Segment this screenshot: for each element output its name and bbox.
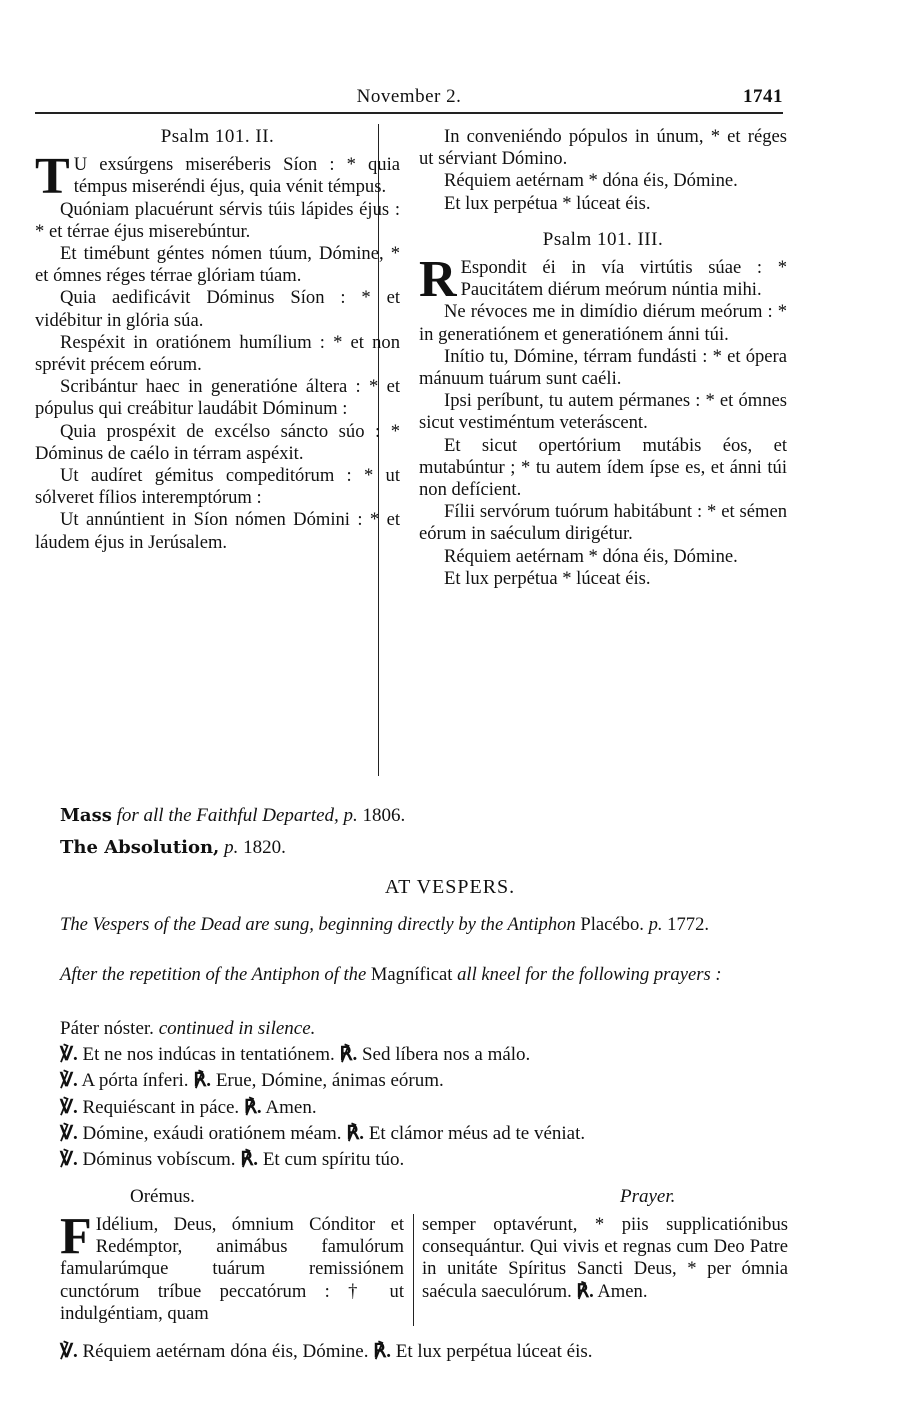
cross-references: Mass for all the Faithful Departed, p. 1…: [60, 800, 405, 864]
verse: Et lux perpétua * lúceat éis.: [419, 568, 787, 590]
verse: Quóniam placuérunt sérvis túis lápides é…: [35, 199, 400, 243]
verse: Fílii servórum tuórum habitábunt : * et …: [419, 501, 787, 545]
verse: REspondit éi in vía virtútis súae : * Pa…: [419, 257, 787, 301]
versicle-response: ℣. Requiéscant in páce. ℟. Amen.: [60, 1095, 585, 1121]
header-title: November 2.: [35, 86, 783, 108]
final-versicle: ℣. Réquiem aetérnam dóna éis, Dómine. ℟.…: [60, 1340, 593, 1363]
psalm-title: Psalm 101. II.: [35, 126, 400, 148]
versicle-list: Páter nóster. continued in silence. ℣. E…: [60, 1016, 585, 1173]
versicle-symbol: ℣.: [60, 1341, 78, 1362]
psalm-title: Psalm 101. III.: [419, 229, 787, 251]
mass-reference: Mass for all the Faithful Departed, p. 1…: [60, 800, 405, 832]
rubric: After the repetition of the Antiphon of …: [60, 964, 788, 986]
verse: Et sicut opertórium mutábis éos, et muta…: [419, 435, 787, 502]
page-number: 1741: [743, 86, 783, 108]
book-page: November 2. 1741 Psalm 101. II. TU exsúr…: [0, 0, 900, 1428]
verse: Quia prospéxit de excélso sáncto súo : *…: [35, 421, 400, 465]
response-symbol: ℟.: [576, 1281, 593, 1302]
versicle-symbol: ℣.: [60, 1123, 78, 1144]
rubric: The Vespers of the Dead are sung, beginn…: [60, 914, 788, 936]
versicle-symbol: ℣.: [60, 1097, 78, 1118]
verse: Et lux perpétua * lúceat éis.: [419, 193, 787, 215]
prayer-heading-latin: Orémus.: [130, 1186, 195, 1208]
verse: Respéxit in oratiónem humílium : * et no…: [35, 332, 400, 376]
verse: Ne révoces me in dimídio diérum meórum :…: [419, 301, 787, 345]
response-symbol: ℟.: [373, 1341, 391, 1362]
verse: Quia aedificávit Dóminus Síon : * et vid…: [35, 287, 400, 331]
verse: TU exsúrgens miseréberis Síon : * quia t…: [35, 154, 400, 198]
verse: Ipsi períbunt, tu autem pérmanes : * et …: [419, 390, 787, 434]
verse: Et timébunt géntes nómen túum, Dómine, *…: [35, 243, 400, 287]
drop-cap: T: [35, 157, 70, 197]
verse: In conveniéndo pópulos in únum, * et rég…: [419, 126, 787, 170]
right-column: In conveniéndo pópulos in únum, * et rég…: [419, 126, 787, 590]
response-symbol: ℟.: [339, 1044, 357, 1065]
prayer-text-right: semper optavérunt, * piis supplicatiónib…: [422, 1214, 788, 1303]
drop-cap: F: [60, 1217, 92, 1257]
verse: Ut annúntient in Síon nómen Dómini : * e…: [35, 509, 400, 553]
section-heading: AT VESPERS.: [0, 876, 900, 899]
prayer-text-left: FIdélium, Deus, ómnium Cónditor et Redém…: [60, 1214, 404, 1325]
pater-noster: Páter nóster. continued in silence.: [60, 1016, 585, 1042]
verse: Inítio tu, Dómine, térram fundásti : * e…: [419, 346, 787, 390]
versicle-response: ℣. Dóminus vobíscum. ℟. Et cum spíritu t…: [60, 1147, 585, 1173]
verse: Réquiem aetérnam * dóna éis, Dómine.: [419, 546, 787, 568]
verse: Réquiem aetérnam * dóna éis, Dómine.: [419, 170, 787, 192]
versicle-response: ℣. A pórta ínferi. ℟. Erue, Dómine, ánim…: [60, 1068, 585, 1094]
drop-cap: R: [419, 260, 457, 300]
absolution-reference: The Absolution, p. 1820.: [60, 832, 405, 864]
running-header: November 2. 1741: [35, 86, 783, 114]
response-symbol: ℟.: [244, 1097, 262, 1118]
verse: Ut audíret gémitus compeditórum : * ut s…: [35, 465, 400, 509]
versicle-response: ℣. Dómine, exáudi oratiónem méam. ℟. Et …: [60, 1121, 585, 1147]
versicle-symbol: ℣.: [60, 1149, 78, 1170]
response-symbol: ℟.: [193, 1070, 211, 1091]
column-divider: [413, 1214, 414, 1326]
versicle-symbol: ℣.: [60, 1044, 78, 1065]
response-symbol: ℟.: [346, 1123, 364, 1144]
left-column: Psalm 101. II. TU exsúrgens miseréberis …: [35, 126, 400, 554]
prayer-heading-english: Prayer.: [620, 1186, 675, 1208]
response-symbol: ℟.: [240, 1149, 258, 1170]
versicle-symbol: ℣.: [60, 1070, 78, 1091]
verse: Scribántur haec in generatióne áltera : …: [35, 376, 400, 420]
versicle-response: ℣. Et ne nos indúcas in tentatiónem. ℟. …: [60, 1042, 585, 1068]
